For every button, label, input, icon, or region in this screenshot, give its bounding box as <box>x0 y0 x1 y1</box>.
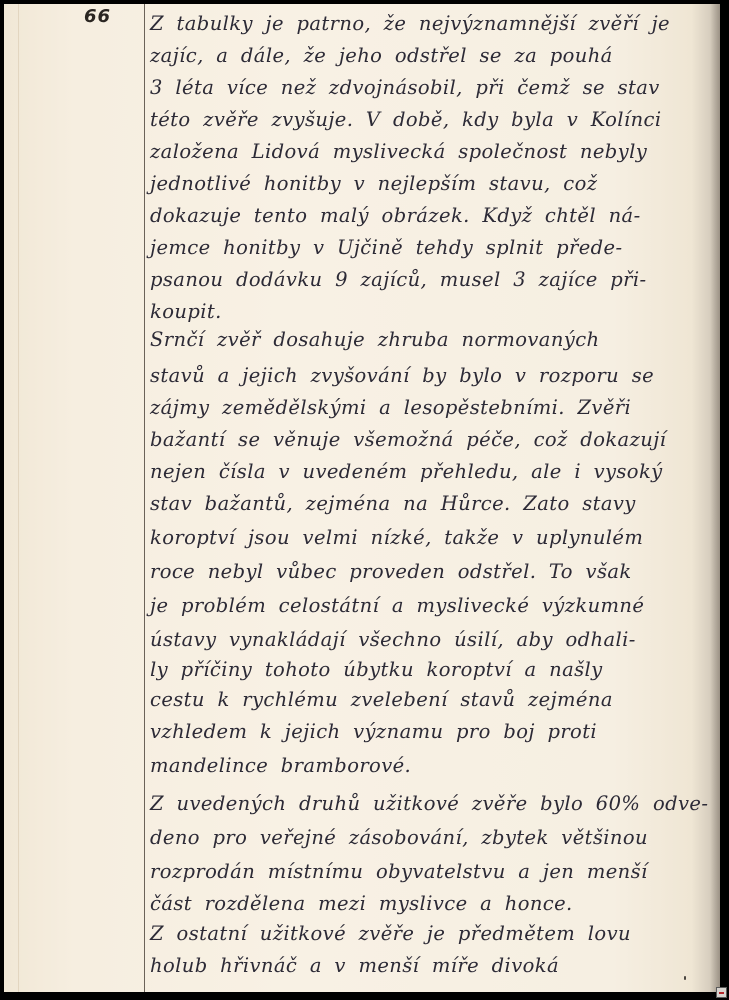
minimize-icon[interactable] <box>716 987 727 998</box>
text-line: cestu k rychlému zvelebení stavů zejména <box>150 688 613 711</box>
text-line: holub hřivnáč a v menší míře divoká <box>150 954 559 977</box>
ink-speck <box>684 976 686 980</box>
text-line: je problém celostátní a myslivecké výzku… <box>150 594 644 617</box>
text-line: jemce honitby v Ujčině tehdy splnit před… <box>150 236 622 259</box>
text-line: 3 léta více než zdvojnásobil, při čemž s… <box>150 76 660 99</box>
text-line: psanou dodávku 9 zajíců, musel 3 zajíce … <box>150 268 646 291</box>
text-line: vzhledem k jejich významu pro boj proti <box>150 720 597 743</box>
page-edge-fold <box>18 4 19 992</box>
scan-frame: 66 Z tabulky je patrno, že nejvýznamnějš… <box>0 0 729 1000</box>
text-line: nejen čísla v uvedeném přehledu, ale i v… <box>150 460 663 483</box>
text-line: deno pro veřejné zásobování, zbytek větš… <box>150 826 648 849</box>
text-line: část rozdělena mezi myslivce a honce. <box>150 892 573 915</box>
text-line: koroptví jsou velmi nízké, takže v uplyn… <box>150 526 643 549</box>
text-line: této zvěře zvyšuje. V době, kdy byla v K… <box>150 108 661 131</box>
text-line: koupit. <box>150 300 222 323</box>
text-line: stavů a jejich zvyšování by bylo v rozpo… <box>150 364 654 387</box>
text-line: ly příčiny tohoto úbytku koroptví a našl… <box>150 658 603 681</box>
handwritten-page: 66 Z tabulky je patrno, že nejvýznamnějš… <box>4 4 720 992</box>
text-line: dokazuje tento malý obrázek. Když chtěl … <box>150 204 641 227</box>
text-line: stav bažantů, zejména na Hůrce. Zato sta… <box>150 492 636 515</box>
text-line: rozprodán místnímu obyvatelstvu a jen me… <box>150 860 648 883</box>
text-line: zájmy zemědělskými a lesopěstebními. Zvě… <box>150 396 631 419</box>
text-line: bažantí se věnuje všemožná péče, což dok… <box>150 428 666 451</box>
text-line: mandelince bramborové. <box>150 754 411 777</box>
text-line: ústavy vynakládají všechno úsilí, aby od… <box>150 628 636 651</box>
text-line: Srnčí zvěř dosahuje zhruba normovaných <box>150 328 599 351</box>
text-line: Z tabulky je patrno, že nejvýznamnější z… <box>150 12 670 35</box>
text-line: zajíc, a dále, že jeho odstřel se za pou… <box>150 44 613 67</box>
text-line: roce nebyl vůbec proveden odstřel. To vš… <box>150 560 632 583</box>
page-number: 66 <box>84 6 111 27</box>
text-line: Z ostatní užitkové zvěře je předmětem lo… <box>150 922 631 945</box>
margin-rule <box>144 4 145 992</box>
text-line: jednotlivé honitby v nejlepším stavu, co… <box>150 172 597 195</box>
text-line: založena Lidová myslivecká společnost ne… <box>150 140 647 163</box>
text-line: Z uvedených druhů užitkové zvěře bylo 60… <box>150 792 708 815</box>
